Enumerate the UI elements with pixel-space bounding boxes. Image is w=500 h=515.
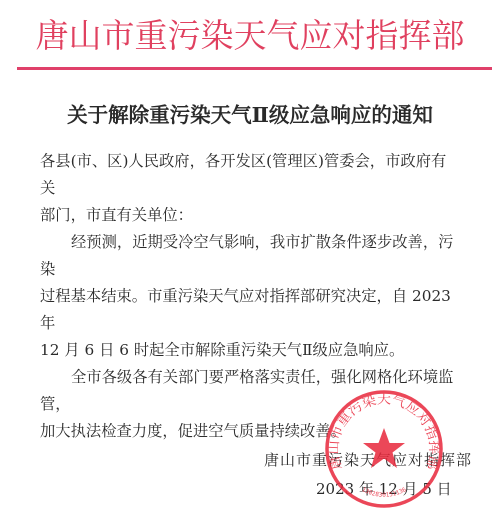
addressee-line-2: 部门，市直有关单位： [40,202,460,229]
star-icon [363,428,405,468]
header-red-rule [17,67,492,70]
addressee-line-1: 各县(市、区)人民政府，各开发区(管理区)管委会，市政府有关 [40,148,460,202]
paragraph-1-line-2: 过程基本结束。市重污染天气应对指挥部研究决定，自 2023 年 [40,283,460,337]
stamp-serial: 1302830151136 [361,486,408,499]
official-seal-stamp: 唐山市重污染天气应对指挥部 1302830151136 [323,388,445,510]
notice-title: 关于解除重污染天气Ⅱ级应急响应的通知 [0,100,500,130]
paragraph-1-line-1: 经预测，近期受冷空气影响，我市扩散条件逐步改善，污染 [40,229,460,283]
paragraph-1-line-3: 12 月 6 日 6 时起全市解除重污染天气Ⅱ级应急响应。 [40,337,460,364]
issuing-organization-title: 唐山市重污染天气应对指挥部 [0,14,500,58]
